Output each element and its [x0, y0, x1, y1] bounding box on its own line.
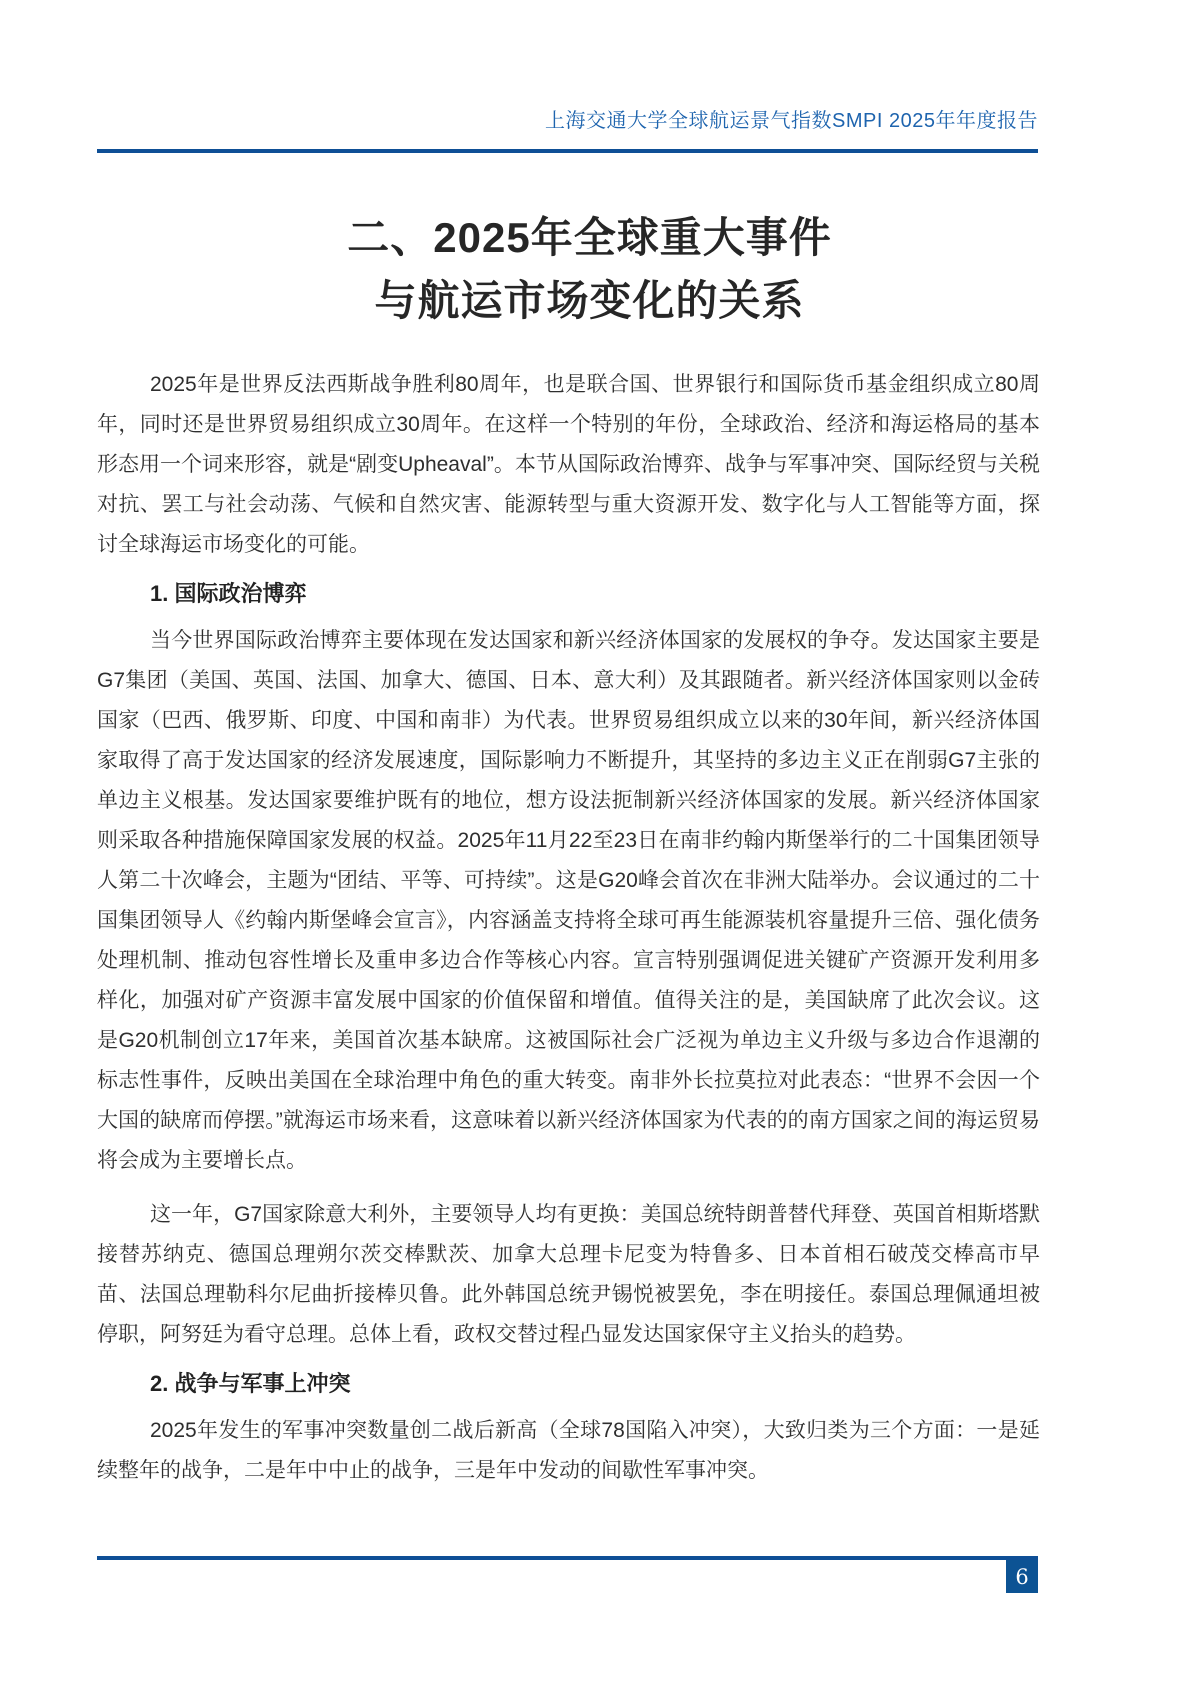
- running-header: 上海交通大学全球航运景气指数SMPI 2025年年度报告: [97, 104, 1038, 133]
- chapter-title-line2: 与航运市场变化的关系: [0, 269, 1179, 332]
- paragraph-political-game: 当今世界国际政治博弈主要体现在发达国家和新兴经济体国家的发展权的争夺。发达国家主…: [97, 621, 1040, 1181]
- chapter-title-line1: 二、2025年全球重大事件: [0, 206, 1179, 269]
- page-number-badge: 6: [1006, 1560, 1038, 1593]
- paragraph-intro: 2025年是世界反法西斯战争胜利80周年，也是联合国、世界银行和国际货币基金组织…: [97, 365, 1040, 565]
- paragraph-military-conflicts: 2025年发生的军事冲突数量创二战后新高（全球78国陷入冲突），大致归类为三个方…: [97, 1411, 1040, 1491]
- paragraph-leader-changes: 这一年，G7国家除意大利外，主要领导人均有更换：美国总统特朗普替代拜登、英国首相…: [97, 1195, 1040, 1355]
- footer-divider: [97, 1556, 1038, 1560]
- section-heading-1: 1. 国际政治博弈: [150, 579, 1040, 609]
- body-content: 2025年是世界反法西斯战争胜利80周年，也是联合国、世界银行和国际货币基金组织…: [97, 365, 1040, 1505]
- header-divider: [97, 149, 1038, 153]
- chapter-title: 二、2025年全球重大事件 与航运市场变化的关系: [0, 206, 1179, 332]
- document-page: 上海交通大学全球航运景气指数SMPI 2025年年度报告 二、2025年全球重大…: [0, 0, 1179, 1683]
- section-heading-2: 2. 战争与军事上冲突: [150, 1369, 1040, 1399]
